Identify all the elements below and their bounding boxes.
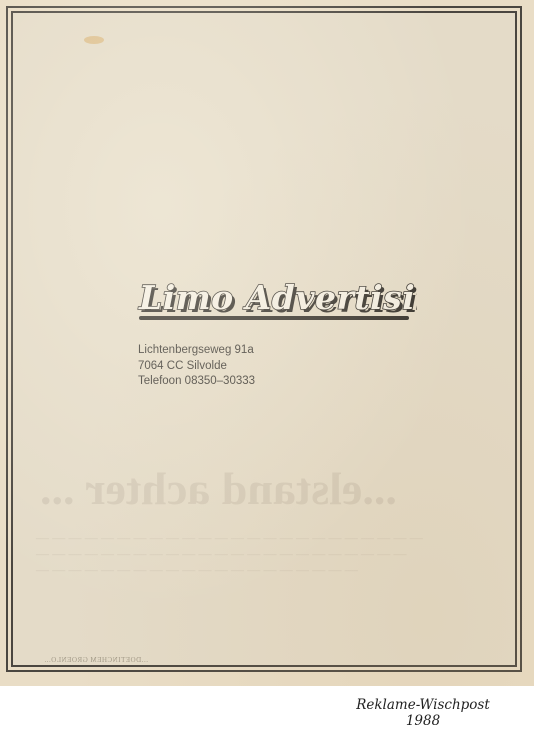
paper-stain [84, 36, 104, 44]
newspaper-clipping: ...elstand achter ... — — — — — — — — — … [0, 0, 534, 686]
image-caption: Reklame-Wischpost 1988 [330, 697, 516, 729]
company-logo: Limo Advertising Limo Advertising [137, 276, 417, 326]
caption-publication: Reklame-Wischpost [330, 697, 516, 713]
logo-text: Limo Advertising [138, 278, 417, 317]
bleed-through-footer: ...DOETINCHEM GROENLO... [44, 656, 148, 664]
address-phone: Telefoon 08350–30333 [138, 374, 255, 390]
company-address: Lichtenbergseweg 91a 7064 CC Silvolde Te… [138, 343, 255, 390]
address-postal-city: 7064 CC Silvolde [138, 359, 255, 375]
caption-year: 1988 [330, 713, 516, 729]
ad-inner-border [11, 11, 517, 667]
address-street: Lichtenbergseweg 91a [138, 343, 255, 359]
